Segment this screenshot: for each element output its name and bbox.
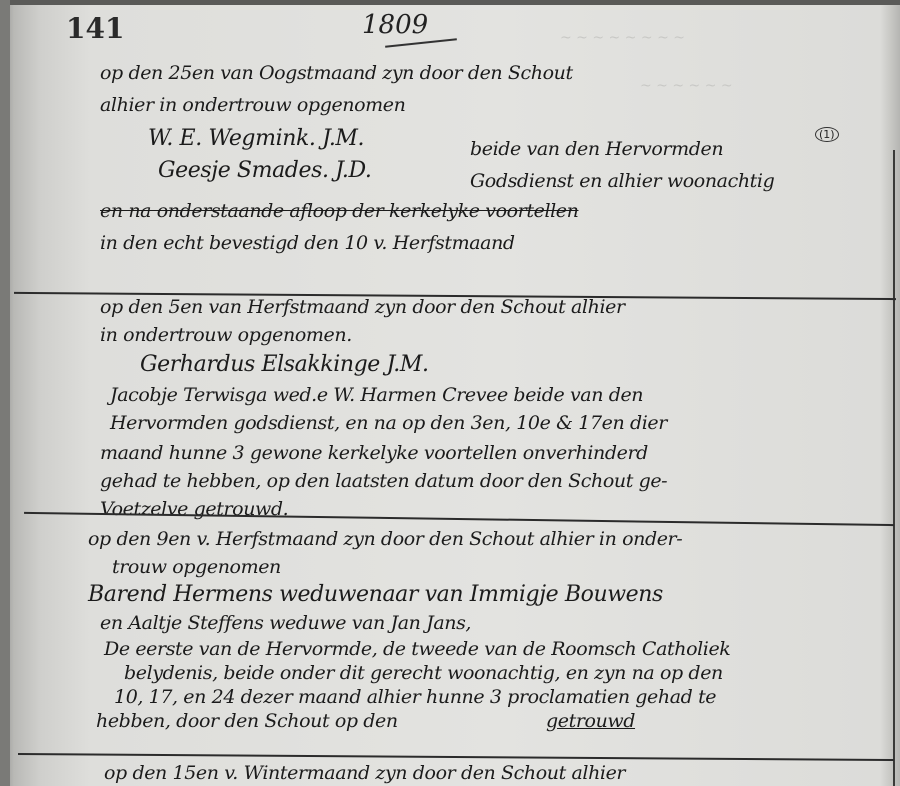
- register-page: ~ ~ ~ ~ ~ ~ ~ ~ ~ ~ ~ ~ ~ ~ 141 1809 op …: [0, 0, 900, 786]
- entry-line: in den echt bevestigd den 10 v. Herfstma…: [100, 232, 515, 254]
- right-margin-rule: [893, 150, 895, 786]
- bride-name: en Aaltje Steffens weduwe van Jan Jans,: [100, 612, 471, 634]
- annotation-mark: (1): [815, 127, 839, 142]
- entry-line: Godsdienst en alhier woonachtig: [470, 170, 774, 192]
- year-heading: 1809: [362, 10, 428, 40]
- bride-name: Geesje Smades. J.D.: [158, 158, 372, 183]
- entry-line: Jacobje Terwisga wed.e W. Harmen Crevee …: [110, 384, 643, 406]
- entry-line: Hervormden godsdienst, en na op den 3en,…: [110, 412, 667, 434]
- groom-name: Gerhardus Elsakkinge J.M.: [140, 352, 429, 377]
- entry-line: belydenis, beide onder dit gerecht woona…: [124, 662, 723, 684]
- groom-name: Barend Hermens weduwenaar van Immigje Bo…: [88, 582, 663, 607]
- entry-line: maand hunne 3 gewone kerkelyke voortelle…: [100, 442, 648, 464]
- page-top-edge: [0, 0, 900, 5]
- page-number: 141: [66, 12, 124, 45]
- entry-line: getrouwd: [546, 710, 635, 732]
- entry-line: trouw opgenomen: [112, 556, 281, 578]
- entry-line: beide van den Hervormden: [470, 138, 723, 160]
- bleed-through-text: ~ ~ ~ ~ ~ ~ ~ ~: [560, 30, 685, 46]
- entry-line: op den 9en v. Herfstmaand zyn door den S…: [88, 528, 682, 550]
- page-binding: [0, 0, 10, 786]
- entry-line: De eerste van de Hervormde, de tweede va…: [104, 638, 730, 660]
- entry-line: op den 5en van Herfstmaand zyn door den …: [100, 296, 625, 318]
- entry-line: en na onderstaande afloop der kerkelyke …: [100, 200, 578, 222]
- entry-line: in ondertrouw opgenomen.: [100, 324, 352, 346]
- entry-divider: [18, 753, 894, 761]
- entry-line: 10, 17, en 24 dezer maand alhier hunne 3…: [114, 686, 716, 708]
- entry-line: alhier in ondertrouw opgenomen: [100, 94, 405, 116]
- bleed-through-text: ~ ~ ~ ~ ~ ~: [640, 78, 733, 94]
- entry-line: op den 25en van Oogstmaand zyn door den …: [100, 62, 573, 84]
- entry-line: op den 15en v. Wintermaand zyn door den …: [104, 762, 625, 784]
- entry-line: hebben, door den Schout op den: [96, 710, 398, 732]
- entry-line: gehad te hebben, op den laatsten datum d…: [100, 470, 667, 492]
- groom-name: W. E. Wegmink. J.M.: [148, 126, 364, 151]
